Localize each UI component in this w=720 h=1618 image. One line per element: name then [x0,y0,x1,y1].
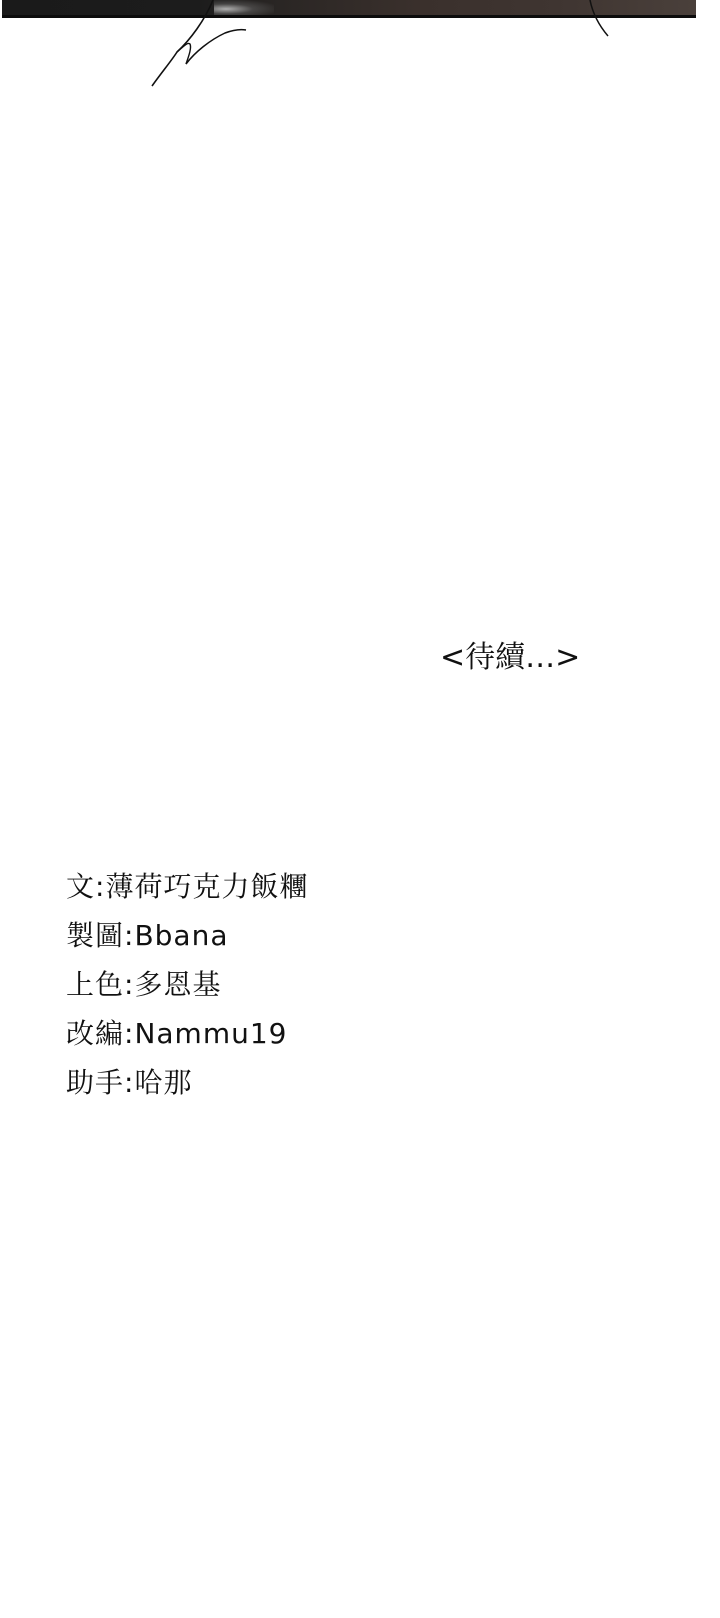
credit-name: 薄荷巧克力飯糰 [105,870,308,903]
to-be-continued-text: <待續…> [440,638,580,678]
credit-name: 多恩基 [134,968,221,1001]
credits-block: 文薄荷巧克力飯糰 製圖Bbana 上色多恩基 改編Nammu19 助手哈那 [66,862,308,1107]
credit-role: 助手 [66,1066,134,1099]
credit-role: 改編 [66,1017,134,1050]
credit-role: 文 [66,870,105,903]
credit-writer: 文薄荷巧克力飯糰 [66,862,308,911]
credit-name: 哈那 [134,1066,192,1099]
panel-highlight [214,0,274,15]
credit-name: Nammu19 [134,1017,287,1050]
credit-assistant: 助手哈那 [66,1058,308,1107]
credit-colorist: 上色多恩基 [66,960,308,1009]
credit-role: 製圖 [66,919,134,952]
credit-adaptation: 改編Nammu19 [66,1009,308,1058]
credit-name: Bbana [134,919,228,952]
comic-panel-bottom-edge [2,0,696,18]
credit-illustrator: 製圖Bbana [66,911,308,960]
credit-role: 上色 [66,968,134,1001]
